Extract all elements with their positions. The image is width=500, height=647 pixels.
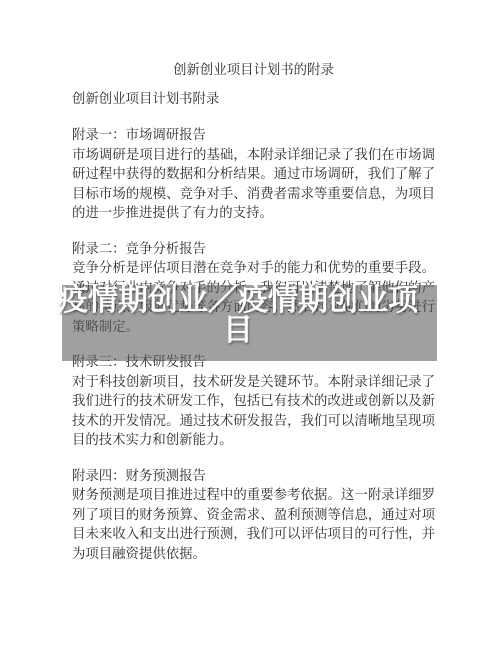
document-content: 创新创业项目计划书的附录 创新创业项目计划书附录 附录一：市场调研报告 市场调研… [0, 0, 500, 563]
section-heading: 附录二：竞争分析报告 [72, 239, 435, 259]
appendix-section-financial-forecast: 附录四：财务预测报告 财务预测是项目推进过程中的重要参考依据。这一附录详细罗列了… [72, 466, 435, 564]
watermark-text: 疫情期创业／疫情期创业项目 [57, 286, 419, 346]
document-page: 创新创业项目计划书的附录 创新创业项目计划书附录 附录一：市场调研报告 市场调研… [0, 0, 500, 647]
section-heading: 附录一：市场调研报告 [72, 125, 435, 145]
section-body: 财务预测是项目推进过程中的重要参考依据。这一附录详细罗列了项目的财务预算、资金需… [72, 485, 435, 563]
appendix-section-tech-rnd: 附录三：技术研发报告 对于科技创新项目，技术研发是关键环节。本附录详细记录了我们… [72, 352, 435, 450]
document-subtitle: 创新创业项目计划书附录 [72, 89, 435, 109]
appendix-section-market-research: 附录一：市场调研报告 市场调研是项目进行的基础，本附录详细记录了我们在市场调研过… [72, 125, 435, 223]
page-title: 创新创业项目计划书的附录 [72, 60, 435, 80]
section-heading: 附录四：财务预测报告 [72, 466, 435, 486]
section-body: 对于科技创新项目，技术研发是关键环节。本附录详细记录了我们进行的技术研发工作，包… [72, 372, 435, 450]
section-body: 市场调研是项目进行的基础，本附录详细记录了我们在市场调研过程中获得的数据和分析结… [72, 145, 435, 223]
